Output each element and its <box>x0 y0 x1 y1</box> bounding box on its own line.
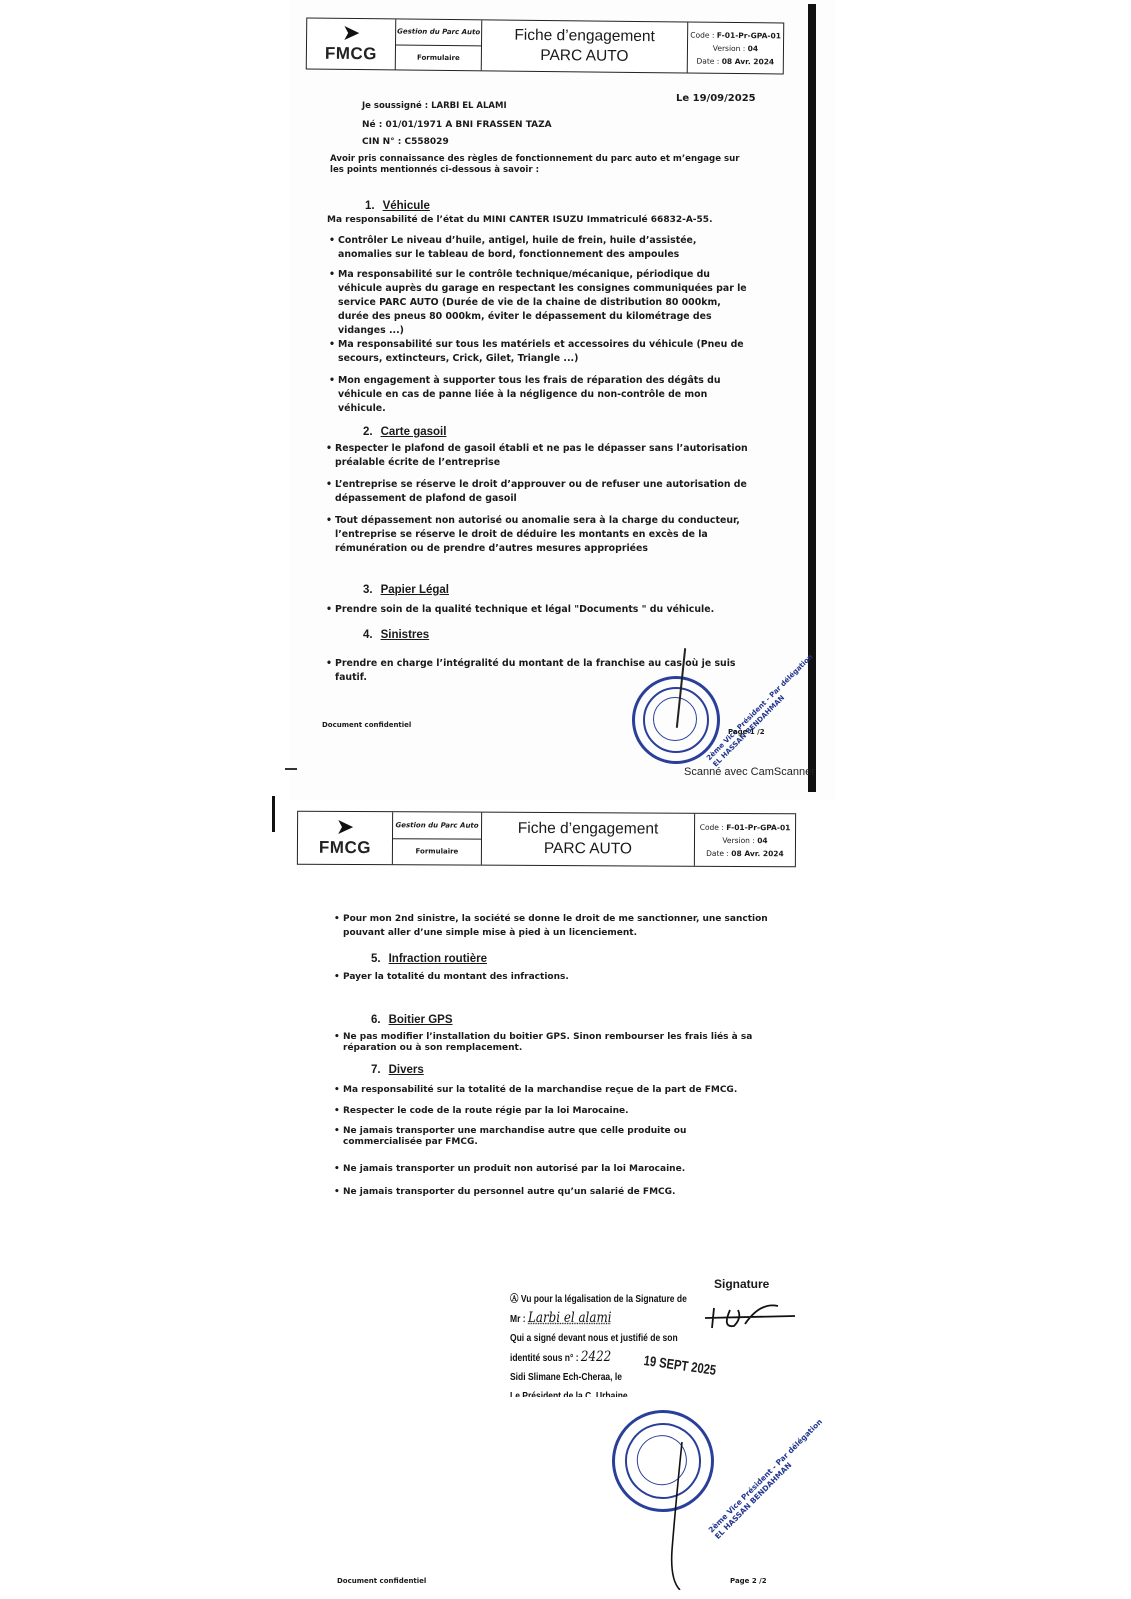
list-item: •Payer la totalité du montant des infrac… <box>343 970 768 984</box>
document-meta: Code : F-01-Pr-GPA-01 Version : 04 Date … <box>695 814 795 867</box>
list-item: •L’entreprise se réserve le droit d’appr… <box>335 478 749 506</box>
list-item: •Respecter le plafond de gasoil établi e… <box>335 442 749 470</box>
place-date: Le 19/09/2025 <box>676 92 756 105</box>
born-line: Né : 01/01/1971 A BNI FRASSEN TAZA <box>362 119 552 132</box>
list-item: •Ne jamais transporter un produit non au… <box>343 1162 768 1176</box>
document-header: ➤ FMCG Gestion du Parc Auto Formulaire F… <box>306 17 785 74</box>
section-title: 7.Divers <box>371 1064 424 1076</box>
section-title: 1.Véhicule <box>365 200 430 212</box>
intro-paragraph: Avoir pris connaissance des règles de fo… <box>330 154 750 176</box>
cin-line: CIN N° : C558029 <box>362 136 449 149</box>
section-title: 4.Sinistres <box>363 629 429 641</box>
document-title: Fiche d’engagement PARC AUTO <box>482 20 689 72</box>
list-item: •Ma responsabilité sur le contrôle techn… <box>338 268 750 338</box>
document-meta: Code : F-01-Pr-GPA-01 Version : 04 Date … <box>688 22 784 73</box>
list-item: •Ma responsabilité sur tous les matériel… <box>338 338 750 366</box>
form-category: Gestion du Parc Auto Formulaire <box>393 812 482 864</box>
list-item: •Ne jamais transporter une marchandise a… <box>343 1126 768 1148</box>
list-item: •Respecter le code de la route régie par… <box>343 1104 768 1118</box>
signature-label: Signature <box>714 1277 769 1291</box>
list-item: •Mon engagement à supporter tous les fra… <box>338 374 750 416</box>
footer-confidential: Document confidentiel <box>322 721 411 729</box>
arrow-logo-icon: ➤ <box>342 24 361 44</box>
list-item: •Ne jamais transporter du personnel autr… <box>343 1185 768 1199</box>
page-number: Page 2 /2 <box>730 1577 767 1585</box>
document-title: Fiche d’engagement PARC AUTO <box>482 813 695 866</box>
list-item: •Prendre soin de la qualité technique et… <box>335 603 749 617</box>
signature-stroke <box>660 1440 690 1590</box>
company-logo: ➤ FMCG <box>298 812 393 864</box>
section-title: 3.Papier Légal <box>363 584 449 596</box>
undersigned-line: Je soussigné : LARBI EL ALAMI <box>362 100 507 113</box>
footer-confidential: Document confidentiel <box>337 1577 426 1585</box>
legalisation-block: Ⓐ Vu pour la légalisation de la Signatur… <box>510 1290 687 1397</box>
section-title: 2.Carte gasoil <box>363 426 446 438</box>
list-item: •Contrôler Le niveau d’huile, antigel, h… <box>338 234 750 262</box>
list-item: •Pour mon 2nd sinistre, la société se do… <box>343 912 768 940</box>
stamp-signatory: 2ème Vice Président - Par délégation EL … <box>707 1417 831 1541</box>
list-item: •Ne pas modifier l’installation du boiti… <box>343 1032 768 1054</box>
list-item: •Ma responsabilité sur la totalité de la… <box>343 1083 768 1097</box>
scan-mark <box>285 768 297 770</box>
section-title: 5.Infraction routière <box>371 953 487 965</box>
scan-edge <box>272 796 275 832</box>
arrow-logo-icon: ➤ <box>336 818 355 838</box>
signature-scribble <box>700 1298 800 1334</box>
form-category: Gestion du Parc Auto Formulaire <box>396 19 483 70</box>
company-logo: ➤ FMCG <box>307 19 397 70</box>
scanner-note: Scanné avec CamScanner <box>684 766 815 778</box>
list-item: •Tout dépassement non autorisé ou anomal… <box>335 514 749 556</box>
vehicle-line: Ma responsabilité de l’état du MINI CANT… <box>327 214 713 227</box>
document-header: ➤ FMCG Gestion du Parc Auto Formulaire F… <box>297 811 796 868</box>
page-number: Page 1 /2 <box>728 728 765 736</box>
section-title: 6.Boitier GPS <box>371 1014 453 1026</box>
